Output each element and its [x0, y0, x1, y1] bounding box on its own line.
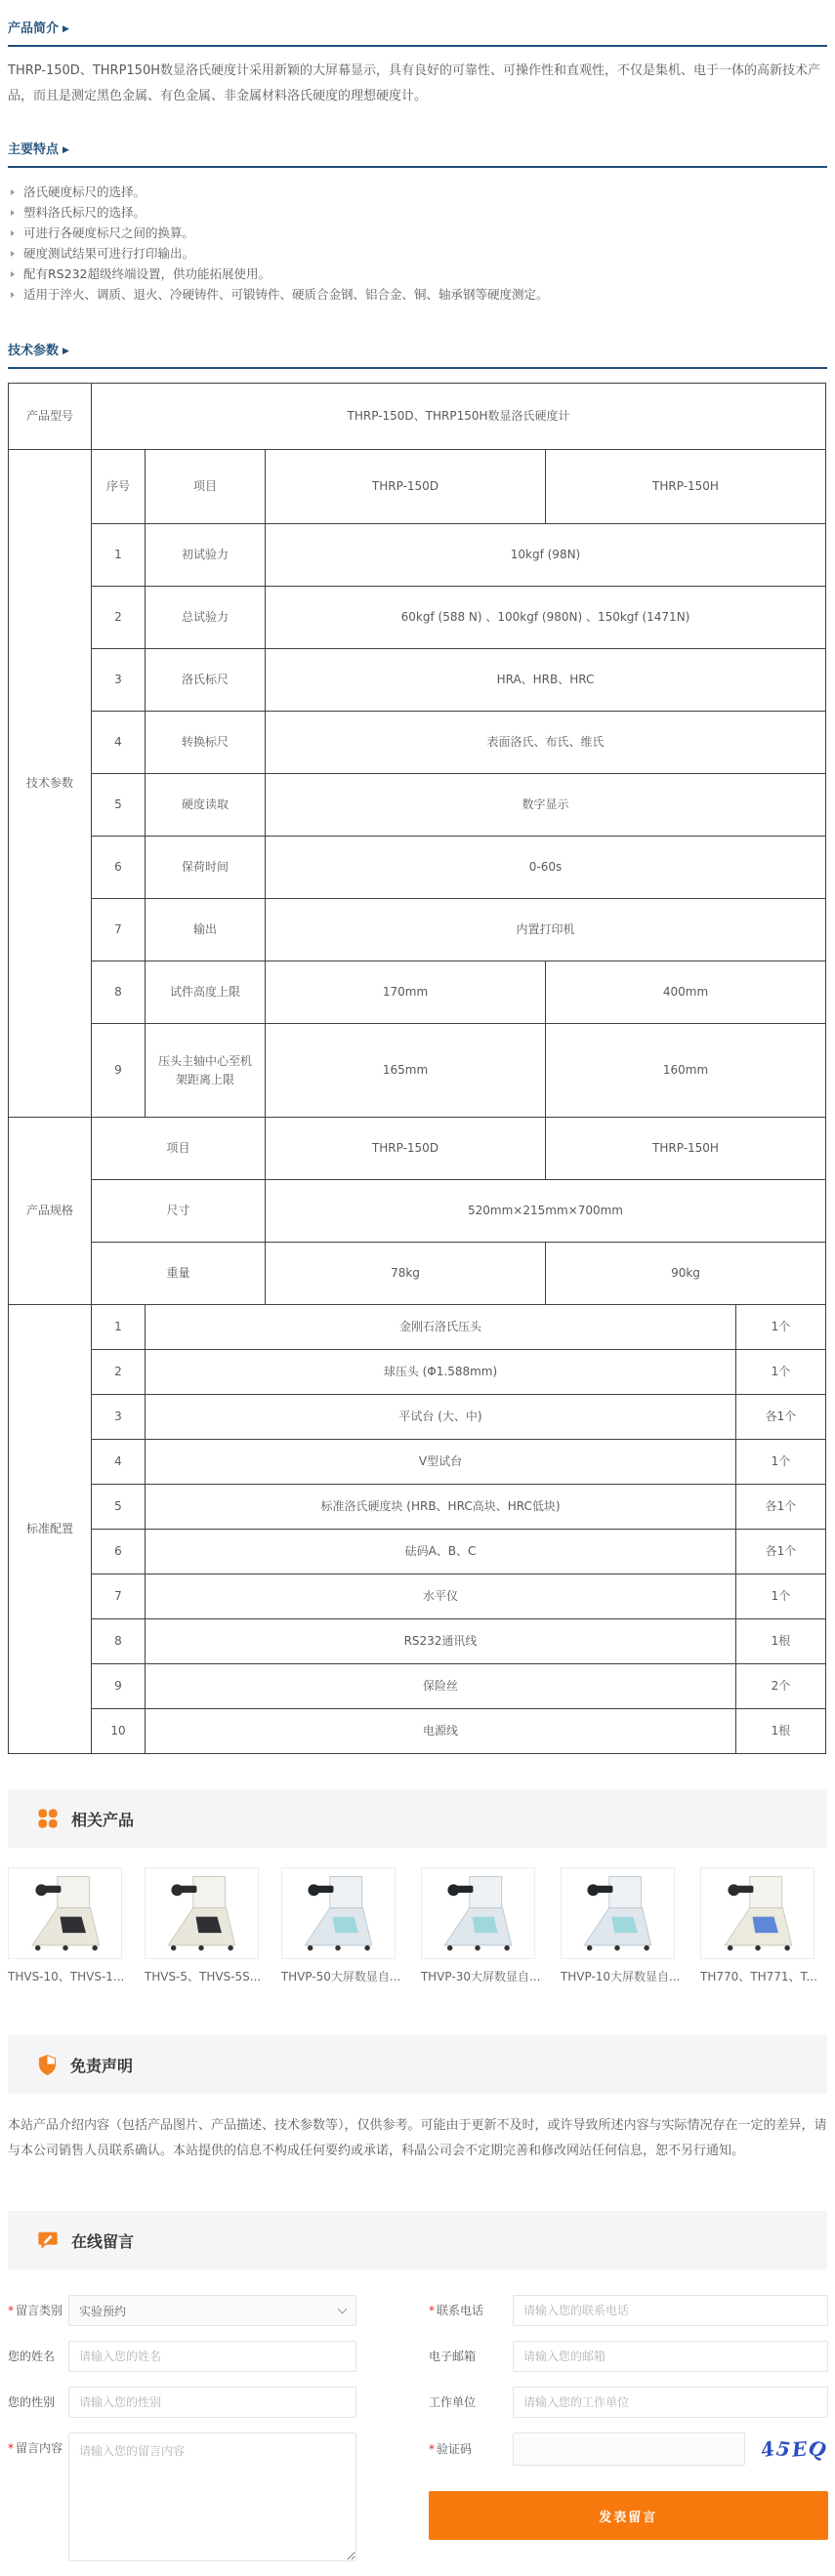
table-row: 7水平仪1个 [9, 1574, 826, 1619]
table-row: 产品型号THRP-150D、THRP150H数显洛氏硬度计 [9, 384, 826, 450]
label-text-name: 您的姓名 [8, 2350, 55, 2363]
label-name: 您的姓名 [8, 2341, 68, 2372]
table-row: 6保荷时间0-60s [9, 837, 826, 899]
tech-row-value: 内置打印机 [266, 899, 826, 961]
content-textarea[interactable] [68, 2433, 356, 2561]
related-product-card[interactable]: TH770、TH771、T... [700, 1867, 817, 1984]
table-row: 技术参数序号项目THRP-150DTHRP-150H [9, 450, 826, 524]
size-section-label: 产品规格 [9, 1118, 92, 1305]
feature-list: 洛氏硬度标尺的选择。塑料洛氏标尺的选择。可进行各硬度标尺之间的换算。硬度测试结果… [8, 182, 827, 305]
feature-text: 适用于淬火、调质、退火、冷硬铸件、可锻铸件、硬质合金钢、铝合金、铜、轴承钢等硬度… [23, 284, 549, 305]
label-text-gender: 您的性别 [8, 2395, 55, 2409]
tech-row-no: 6 [92, 837, 146, 899]
related-product-card[interactable]: THVS-5、THVS-5S... [145, 1867, 261, 1984]
size-row-item: 尺寸 [92, 1180, 266, 1243]
product-image [700, 1867, 814, 1959]
required-asterisk: * [8, 2441, 14, 2455]
table-row: 2球压头 (Φ1.588mm)1个 [9, 1350, 826, 1395]
table-row: 9压头主轴中心至机架距离上限165mm160mm [9, 1024, 826, 1118]
required-asterisk: * [429, 2304, 435, 2317]
tech-row-item: 硬度读取 [146, 774, 266, 837]
tech-row-value: HRA、HRB、HRC [266, 649, 826, 712]
section-title-specs: 技术参数▶ [8, 330, 827, 369]
intro-title: 产品简介 [8, 21, 59, 36]
config-row-qty: 各1个 [736, 1530, 826, 1574]
email-input[interactable] [513, 2341, 828, 2372]
form-column-left: *留言类别实验预约您的姓名您的性别*留言内容 [8, 2295, 356, 2576]
config-row-no: 7 [92, 1574, 146, 1619]
message-edit-icon [37, 2229, 59, 2251]
captcha-char: Q [805, 2431, 831, 2468]
config-row-no: 2 [92, 1350, 146, 1395]
disclaimer-paragraph: 本站产品介绍内容（包括产品图片、产品描述、技术参数等），仅供参考。可能由于更新不… [8, 2113, 827, 2164]
feature-text: 塑料洛氏标尺的选择。 [23, 202, 146, 223]
disclaimer-band: 免责声明 [8, 2035, 827, 2094]
message-band: 在线留言 [8, 2211, 827, 2269]
gender-input[interactable] [68, 2387, 356, 2418]
tech-row-no: 2 [92, 587, 146, 649]
table-row: 尺寸520mm×215mm×700mm [9, 1180, 826, 1243]
label-text-email: 电子邮箱 [429, 2350, 476, 2363]
section-title-features: 主要特点▶ [8, 129, 827, 168]
form-row-phone: *联系电话 [429, 2295, 828, 2326]
tech-row-item: 输出 [146, 899, 266, 961]
bullet-triangle-icon [11, 210, 15, 216]
form-row-captcha: *验证码45EQ [429, 2433, 828, 2466]
required-asterisk: * [8, 2304, 14, 2317]
table-row: 5硬度读取数字显示 [9, 774, 826, 837]
product-name: THVP-10大屏数显自... [561, 1968, 681, 1984]
config-row-no: 9 [92, 1664, 146, 1709]
category-select[interactable]: 实验预约 [68, 2295, 356, 2326]
config-row-item: 电源线 [146, 1709, 736, 1754]
label-text-category: 留言类别 [16, 2304, 63, 2317]
table-row: 3平试台 (大、中)各1个 [9, 1395, 826, 1440]
label-workunit: 工作单位 [429, 2387, 513, 2418]
config-row-no: 5 [92, 1485, 146, 1530]
config-row-qty: 1根 [736, 1619, 826, 1664]
label-gender: 您的性别 [8, 2387, 68, 2418]
config-row-no: 6 [92, 1530, 146, 1574]
size-header-item: 项目 [92, 1118, 266, 1180]
tech-header-150h: THRP-150H [546, 450, 826, 524]
config-row-qty: 各1个 [736, 1395, 826, 1440]
related-product-card[interactable]: THVS-10、THVS-1... [8, 1867, 124, 1984]
tech-header-no: 序号 [92, 450, 146, 524]
phone-input[interactable] [513, 2295, 828, 2326]
tech-header-150d: THRP-150D [266, 450, 546, 524]
page: 产品简介▶ THRP-150D、THRP150H数显洛氏硬度计采用新颖的大屏幕显… [0, 0, 835, 2576]
bullet-triangle-icon [11, 251, 15, 257]
submit-message-button[interactable]: 发表留言 [429, 2491, 828, 2540]
product-name: THVS-5、THVS-5S... [145, 1968, 261, 1984]
product-image [145, 1867, 259, 1959]
table-row: 5标准洛氏硬度块 (HRB、HRC高块、HRC低块)各1个 [9, 1485, 826, 1530]
features-title: 主要特点 [8, 143, 59, 157]
config-row-qty: 各1个 [736, 1485, 826, 1530]
tech-row-no: 3 [92, 649, 146, 712]
config-row-item: 平试台 (大、中) [146, 1395, 736, 1440]
product-name: THVP-50大屏数显自... [281, 1968, 401, 1984]
config-row-no: 10 [92, 1709, 146, 1754]
triangle-right-icon: ▶ [63, 24, 69, 34]
feature-text: 洛氏硬度标尺的选择。 [23, 182, 146, 202]
message-form-title: 在线留言 [71, 2229, 134, 2252]
related-products-title: 相关产品 [71, 1808, 134, 1830]
tech-row-value-150h: 400mm [546, 961, 826, 1024]
tech-row-value: 10kgf (98N) [266, 524, 826, 587]
config-row-no: 3 [92, 1395, 146, 1440]
shield-icon [37, 2054, 58, 2076]
related-product-card[interactable]: THVP-10大屏数显自... [561, 1867, 681, 1984]
config-row-qty: 1个 [736, 1350, 826, 1395]
name-input[interactable] [68, 2341, 356, 2372]
config-row-item: RS232通讯线 [146, 1619, 736, 1664]
section-title-intro: 产品简介▶ [8, 8, 827, 47]
tech-row-no: 1 [92, 524, 146, 587]
form-row-category: *留言类别实验预约 [8, 2295, 356, 2326]
table-row: 8试件高度上限170mm400mm [9, 961, 826, 1024]
weight-row-150h: 90kg [546, 1243, 826, 1305]
model-row-label: 产品型号 [9, 384, 92, 450]
captcha-input[interactable] [513, 2433, 745, 2466]
size-header-150d: THRP-150D [266, 1118, 546, 1180]
tech-row-no: 5 [92, 774, 146, 837]
config-row-item: 保险丝 [146, 1664, 736, 1709]
bullet-triangle-icon [11, 292, 15, 298]
label-text-workunit: 工作单位 [429, 2395, 476, 2409]
product-name: THVP-30大屏数显自... [421, 1968, 541, 1984]
feature-text: 配有RS232超级终端设置，供功能拓展使用。 [23, 264, 271, 284]
product-image [561, 1867, 675, 1959]
label-text-phone: 联系电话 [437, 2304, 483, 2317]
tech-row-value: 60kgf (588 N) 、100kgf (980N) 、150kgf (14… [266, 587, 826, 649]
captcha-image[interactable]: 45EQ [761, 2433, 828, 2466]
model-row-value: THRP-150D、THRP150H数显洛氏硬度计 [92, 384, 826, 450]
label-captcha: *验证码 [429, 2433, 513, 2465]
form-column-right: *联系电话电子邮箱工作单位*验证码45EQ发表留言 [429, 2295, 828, 2576]
label-category: *留言类别 [8, 2295, 68, 2326]
table-row: 1初试验力10kgf (98N) [9, 524, 826, 587]
table-row: 4转换标尺表面洛氏、布氏、维氏 [9, 712, 826, 774]
table-row: 产品规格项目THRP-150DTHRP-150H [9, 1118, 826, 1180]
bullet-triangle-icon [11, 189, 15, 195]
related-product-card[interactable]: THVP-30大屏数显自... [421, 1867, 541, 1984]
product-name: THVS-10、THVS-1... [8, 1968, 124, 1984]
select-value: 实验预约 [79, 2303, 126, 2319]
chevron-down-icon [338, 2304, 348, 2313]
config-row-qty: 2个 [736, 1664, 826, 1709]
label-content: *留言内容 [8, 2433, 68, 2464]
tech-row-item: 试件高度上限 [146, 961, 266, 1024]
message-form: *留言类别实验预约您的姓名您的性别*留言内容 *联系电话电子邮箱工作单位*验证码… [8, 2295, 827, 2576]
tech-row-no: 9 [92, 1024, 146, 1118]
tech-row-value-150d: 165mm [266, 1024, 546, 1118]
config-row-qty: 1个 [736, 1574, 826, 1619]
table-row: 8RS232通讯线1根 [9, 1619, 826, 1664]
product-image [281, 1867, 396, 1959]
config-section-label: 标准配置 [9, 1305, 92, 1754]
size-header-150h: THRP-150H [546, 1118, 826, 1180]
tech-row-item: 洛氏标尺 [146, 649, 266, 712]
config-row-no: 1 [92, 1305, 146, 1350]
table-row: 3洛氏标尺HRA、HRB、HRC [9, 649, 826, 712]
tech-row-item: 转换标尺 [146, 712, 266, 774]
table-row: 标准配置1金刚石洛氏压头1个 [9, 1305, 826, 1350]
tech-row-no: 4 [92, 712, 146, 774]
required-asterisk: * [429, 2442, 435, 2456]
tech-row-item: 压头主轴中心至机架距离上限 [146, 1024, 266, 1118]
form-row-email: 电子邮箱 [429, 2341, 828, 2372]
feature-item: 洛氏硬度标尺的选择。 [8, 182, 827, 202]
feature-item: 适用于淬火、调质、退火、冷硬铸件、可锻铸件、硬质合金钢、铝合金、铜、轴承钢等硬度… [8, 284, 827, 305]
feature-item: 硬度测试结果可进行打印输出。 [8, 243, 827, 264]
config-row-qty: 1根 [736, 1709, 826, 1754]
tech-header-item: 项目 [146, 450, 266, 524]
related-products-row: THVS-10、THVS-1...THVS-5、THVS-5S...THVP-5… [8, 1867, 827, 1984]
table-row: 4V型试台1个 [9, 1440, 826, 1485]
tech-row-item: 初试验力 [146, 524, 266, 587]
tech-row-value: 表面洛氏、布氏、维氏 [266, 712, 826, 774]
config-row-qty: 1个 [736, 1440, 826, 1485]
config-row-qty: 1个 [736, 1305, 826, 1350]
feature-item: 可进行各硬度标尺之间的换算。 [8, 223, 827, 243]
intro-paragraph: THRP-150D、THRP150H数显洛氏硬度计采用新颖的大屏幕显示，具有良好… [8, 59, 827, 109]
config-row-item: 水平仪 [146, 1574, 736, 1619]
form-row-workunit: 工作单位 [429, 2387, 828, 2418]
table-row: 重量78kg90kg [9, 1243, 826, 1305]
triangle-right-icon: ▶ [63, 145, 69, 155]
workunit-input[interactable] [513, 2387, 828, 2418]
form-row-name: 您的姓名 [8, 2341, 356, 2372]
bullet-triangle-icon [11, 230, 15, 236]
feature-text: 可进行各硬度标尺之间的换算。 [23, 223, 194, 243]
config-row-item: 金刚石洛氏压头 [146, 1305, 736, 1350]
table-row: 9保险丝2个 [9, 1664, 826, 1709]
table-row: 7输出内置打印机 [9, 899, 826, 961]
config-row-no: 8 [92, 1619, 146, 1664]
spec-table: 产品型号THRP-150D、THRP150H数显洛氏硬度计技术参数序号项目THR… [8, 383, 826, 1754]
config-row-item: 砝码A、B、C [146, 1530, 736, 1574]
label-email: 电子邮箱 [429, 2341, 513, 2372]
product-image [421, 1867, 535, 1959]
config-row-no: 4 [92, 1440, 146, 1485]
product-image [8, 1867, 122, 1959]
label-text-captcha: 验证码 [437, 2442, 472, 2456]
bullet-triangle-icon [11, 271, 15, 277]
config-row-item: 标准洛氏硬度块 (HRB、HRC高块、HRC低块) [146, 1485, 736, 1530]
related-products-band: 相关产品 [8, 1789, 827, 1848]
tech-row-value: 数字显示 [266, 774, 826, 837]
table-row: 6砝码A、B、C各1个 [9, 1530, 826, 1574]
table-row: 2总试验力60kgf (588 N) 、100kgf (980N) 、150kg… [9, 587, 826, 649]
tech-row-item: 总试验力 [146, 587, 266, 649]
feature-item: 配有RS232超级终端设置，供功能拓展使用。 [8, 264, 827, 284]
tech-section-label: 技术参数 [9, 450, 92, 1118]
tech-row-value: 0-60s [266, 837, 826, 899]
feature-text: 硬度测试结果可进行打印输出。 [23, 243, 194, 264]
tech-row-value-150d: 170mm [266, 961, 546, 1024]
tech-row-no: 7 [92, 899, 146, 961]
weight-row-item: 重量 [92, 1243, 266, 1305]
tech-row-value-150h: 160mm [546, 1024, 826, 1118]
tech-row-no: 8 [92, 961, 146, 1024]
form-row-content: *留言内容 [8, 2433, 356, 2561]
form-row-gender: 您的性别 [8, 2387, 356, 2418]
size-row-value: 520mm×215mm×700mm [266, 1180, 826, 1243]
label-phone: *联系电话 [429, 2295, 513, 2326]
config-row-item: 球压头 (Φ1.588mm) [146, 1350, 736, 1395]
product-name: TH770、TH771、T... [700, 1968, 817, 1984]
label-text-content: 留言内容 [16, 2441, 63, 2455]
weight-row-150d: 78kg [266, 1243, 546, 1305]
related-product-card[interactable]: THVP-50大屏数显自... [281, 1867, 401, 1984]
triangle-right-icon: ▶ [63, 347, 69, 356]
config-row-item: V型试台 [146, 1440, 736, 1485]
specs-title: 技术参数 [8, 344, 59, 358]
feature-item: 塑料洛氏标尺的选择。 [8, 202, 827, 223]
disclaimer-title: 免责声明 [70, 2054, 133, 2076]
table-row: 10电源线1根 [9, 1709, 826, 1754]
tech-row-item: 保荷时间 [146, 837, 266, 899]
clover-grid-icon [37, 1808, 59, 1829]
